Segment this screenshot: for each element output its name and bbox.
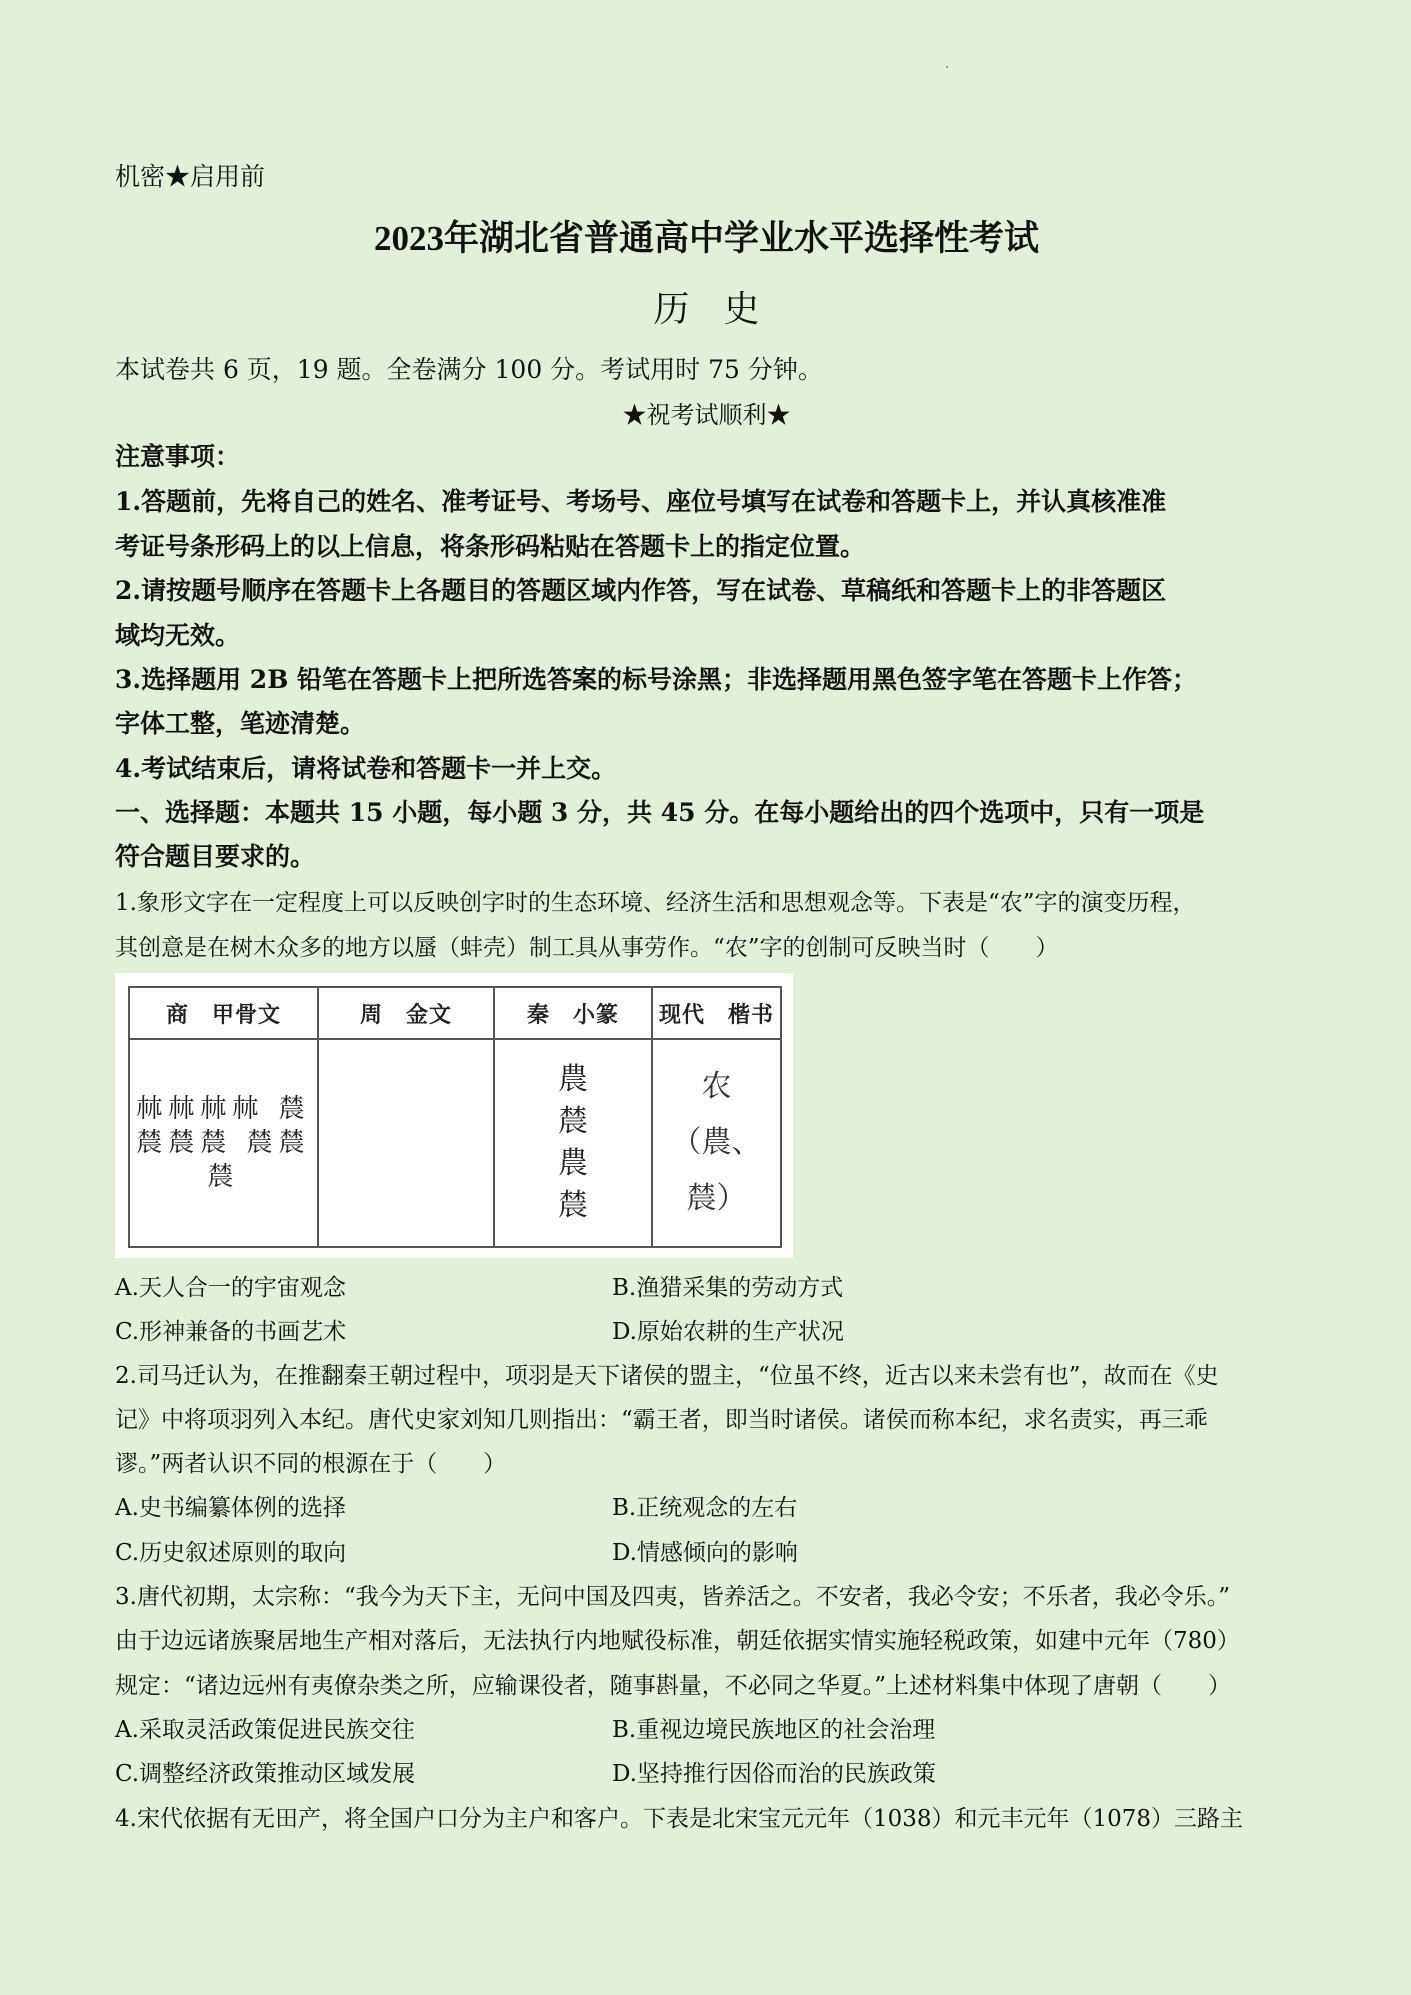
notice-item: 字体工整，笔迹清楚。	[115, 709, 365, 739]
subject-title: 历史	[115, 289, 1298, 331]
bronze-glyphs: 𨑇𨑇農農 農農農 農農	[318, 1039, 494, 1247]
q3-option-b: B.重视边境民族地区的社会治理	[612, 1715, 935, 1745]
q1-option-d: D.原始农耕的生产状况	[612, 1317, 844, 1347]
good-luck-line: ★祝考试顺利★	[115, 400, 1298, 430]
notice-item: 1.答题前，先将自己的姓名、准考证号、考场号、座位号填写在试卷和答题卡上，并认真…	[115, 487, 1166, 517]
notice-item: 4.考试结束后，请将试卷和答题卡一并上交。	[115, 754, 616, 784]
question-1-text: 其创意是在树木众多的地方以蜃（蚌壳）制工具从事劳作。“农”字的创制可反映当时（ …	[115, 933, 1059, 963]
header-bronze: 周 金文	[318, 987, 494, 1039]
exam-intro: 本试卷共 6 页，19 题。全卷满分 100 分。考试用时 75 分钟。	[115, 355, 823, 385]
q1-option-a: A.天人合一的宇宙观念	[115, 1273, 346, 1303]
scan-speck	[946, 66, 948, 68]
notice-item: 2.请按题号顺序在答题卡上各题目的答题区域内作答，写在试卷、草稿纸和答题卡上的非…	[115, 576, 1166, 606]
section-heading-cont: 符合题目要求的。	[115, 842, 315, 872]
question-2-text: 记》中将项羽列入本纪。唐代史家刘知几则指出：“霸王者，即当时诸侯。诸侯而称本纪，…	[115, 1405, 1208, 1435]
header-small-seal: 秦 小篆	[494, 987, 652, 1039]
question-3-text: 由于边远诸族聚居地生产相对落后，无法执行内地赋役标准，朝廷依据实情实施轻税政策，…	[115, 1626, 1240, 1656]
q2-option-d: D.情感倾向的影响	[612, 1538, 798, 1568]
notice-heading: 注意事项：	[115, 442, 240, 472]
question-4-text: 4.宋代依据有无田产，将全国户口分为主户和客户。下表是北宋宝元元年（1038）和…	[115, 1804, 1243, 1834]
q3-option-c: C.调整经济政策推动区域发展	[115, 1759, 415, 1789]
notice-item: 考证号条形码上的以上信息，将条形码粘贴在答题卡上的指定位置。	[115, 532, 865, 562]
question-2-text: 2.司马迁认为，在推翻秦王朝过程中，项羽是天下诸侯的盟主，“位虽不终，近古以来未…	[115, 1361, 1218, 1391]
modern-main-glyph: 农	[654, 1059, 779, 1115]
section-heading: 一、选择题：本题共 15 小题，每小题 3 分，共 45 分。在每小题给出的四个…	[115, 798, 1204, 828]
nong-evolution-table: 商 甲骨文 周 金文 秦 小篆 现代 楷书 𣏟𣏟𣏟𣏟 辳辳辳辳 辳辳辳 𨑇𨑇農農…	[115, 973, 793, 1258]
question-3-text: 规定：“诸边远州有夷僚杂类之所，应输课役者，随事斟量，不必同之华夏。”上述材料集…	[115, 1671, 1231, 1701]
seal-glyphs: 農 辳 農 辳	[494, 1039, 652, 1247]
q1-option-c: C.形神兼备的书画艺术	[115, 1317, 346, 1347]
notice-item: 3.选择题用 2B 铅笔在答题卡上把所选答案的标号涂黑；非选择题用黑色签字笔在答…	[115, 665, 1197, 695]
question-2-text: 谬。”两者认识不同的根源在于（ ）	[115, 1449, 506, 1479]
q3-option-a: A.采取灵活政策促进民族交往	[115, 1715, 415, 1745]
question-1-text: 1.象形文字在一定程度上可以反映创字时的生态环境、经济生活和思想观念等。下表是“…	[115, 888, 1195, 918]
question-3-text: 3.唐代初期，太宗称：“我今为天下主，无问中国及四夷，皆养活之。不安者，我必令安…	[115, 1582, 1230, 1612]
q1-option-b: B.渔猎采集的劳动方式	[612, 1273, 843, 1303]
exam-title: 2023年湖北省普通高中学业水平选择性考试	[115, 218, 1298, 260]
modern-glyphs: 农 （農、辳）	[652, 1039, 781, 1247]
header-oracle-bone: 商 甲骨文	[129, 987, 318, 1039]
notice-item: 域均无效。	[115, 621, 240, 651]
oracle-bone-glyphs: 𣏟𣏟𣏟𣏟 辳辳辳辳 辳辳辳	[129, 1039, 318, 1247]
modern-variant-glyphs: （農、辳）	[654, 1115, 779, 1227]
q2-option-c: C.历史叙述原则的取向	[115, 1538, 346, 1568]
header-regular-script: 现代 楷书	[652, 987, 781, 1039]
confidential-label: 机密★启用前	[115, 162, 265, 192]
q2-option-a: A.史书编纂体例的选择	[115, 1493, 346, 1523]
q2-option-b: B.正统观念的左右	[612, 1493, 797, 1523]
q3-option-d: D.坚持推行因俗而治的民族政策	[612, 1759, 936, 1789]
